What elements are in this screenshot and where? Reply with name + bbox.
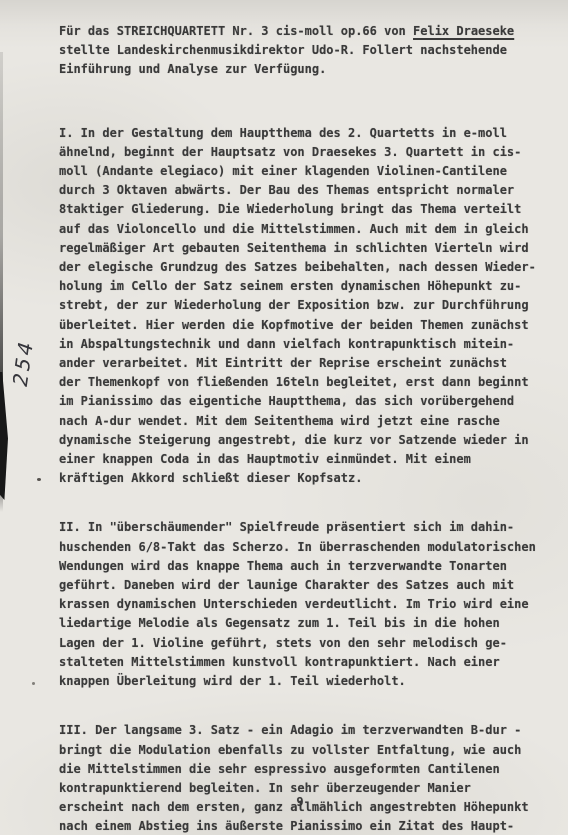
document-text: Für das STREICHQUARTETT Nr. 3 cis-moll o… (59, 22, 541, 835)
intro-line-3: Einführung und Analyse zur Verfügung. (59, 60, 541, 79)
paragraph-movement-2: II. In "überschäumender" Spielfreude prä… (59, 518, 541, 691)
paragraph-movement-1: I. In der Gestaltung dem Hauptthema des … (59, 124, 541, 489)
composer-name: Felix Draeseke (413, 24, 514, 38)
intro-line-2: stellte Landeskirchenmusikdirektor Udo-R… (59, 41, 541, 60)
scanned-document-page: 254 Für das STREICHQUARTETT Nr. 3 cis-mo… (0, 0, 568, 835)
ink-speck (32, 682, 35, 685)
handwritten-margin-number: 254 (5, 313, 43, 413)
intro-text: Für das STREICHQUARTETT Nr. 3 cis-moll o… (59, 24, 413, 38)
paragraph-movement-3: III. Der langsame 3. Satz - ein Adagio i… (59, 721, 541, 835)
ink-speck (37, 478, 41, 481)
page-number: 9 (0, 795, 568, 809)
intro-paragraph: Für das STREICHQUARTETT Nr. 3 cis-moll o… (59, 22, 541, 80)
